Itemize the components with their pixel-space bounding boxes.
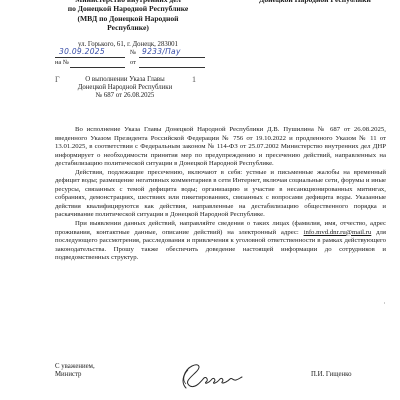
- reference-line: на № от: [55, 58, 205, 68]
- date-field: 30.09.2025: [55, 48, 125, 58]
- email-link[interactable]: info.mvd.dnr.ru@mail.ru: [304, 229, 372, 236]
- letter-subject: О выполнении Указа Главы Донецкой Народн…: [55, 76, 195, 101]
- body-paragraph-3: При выявлении данных действий, направляй…: [55, 220, 386, 263]
- subject-line: № 687 от 26.08.2025: [55, 92, 195, 100]
- subject-line: Донецкой Народной Республики: [55, 84, 195, 92]
- signer-position: Министр: [55, 371, 95, 379]
- recipient-line: Донецкой Народной Республики: [245, 0, 385, 4]
- signature-icon: [176, 360, 246, 397]
- handwritten-date: 30.09.2025: [59, 47, 105, 57]
- org-line: по Донецкой Народной Республике: [48, 4, 208, 13]
- ref-date-field: [139, 58, 205, 68]
- number-field: 9233/Пау: [139, 48, 205, 58]
- closing-regards: С уважением,: [55, 363, 95, 371]
- org-line: Республике): [48, 23, 208, 32]
- ref-number-field: [70, 58, 125, 68]
- letter-body: Во исполнение Указа Главы Донецкой Народ…: [55, 126, 386, 263]
- ref-number-label: на №: [55, 58, 69, 68]
- org-line: (МВД по Донецкой Народной: [48, 14, 208, 23]
- ref-from-label: от: [130, 58, 136, 68]
- organization-letterhead: Министерство внутренних дел по Донецкой …: [48, 0, 208, 33]
- body-paragraph-1: Во исполнение Указа Главы Донецкой Народ…: [55, 126, 386, 169]
- closing-block: С уважением, Министр: [55, 363, 95, 380]
- registration-line: 30.09.2025 № 9233/Пау: [55, 48, 205, 58]
- number-label: №: [130, 48, 136, 58]
- subject-line: О выполнении Указа Главы: [55, 76, 195, 84]
- handwritten-number: 9233/Пау: [142, 47, 181, 57]
- recipient-block: Донецкой Народной Республики: [245, 0, 385, 4]
- signer-name: П.И. Гищенко: [311, 371, 351, 379]
- body-paragraph-2: Действия, подлежащие пресечению, включаю…: [55, 169, 386, 220]
- scan-artifact: [384, 302, 385, 304]
